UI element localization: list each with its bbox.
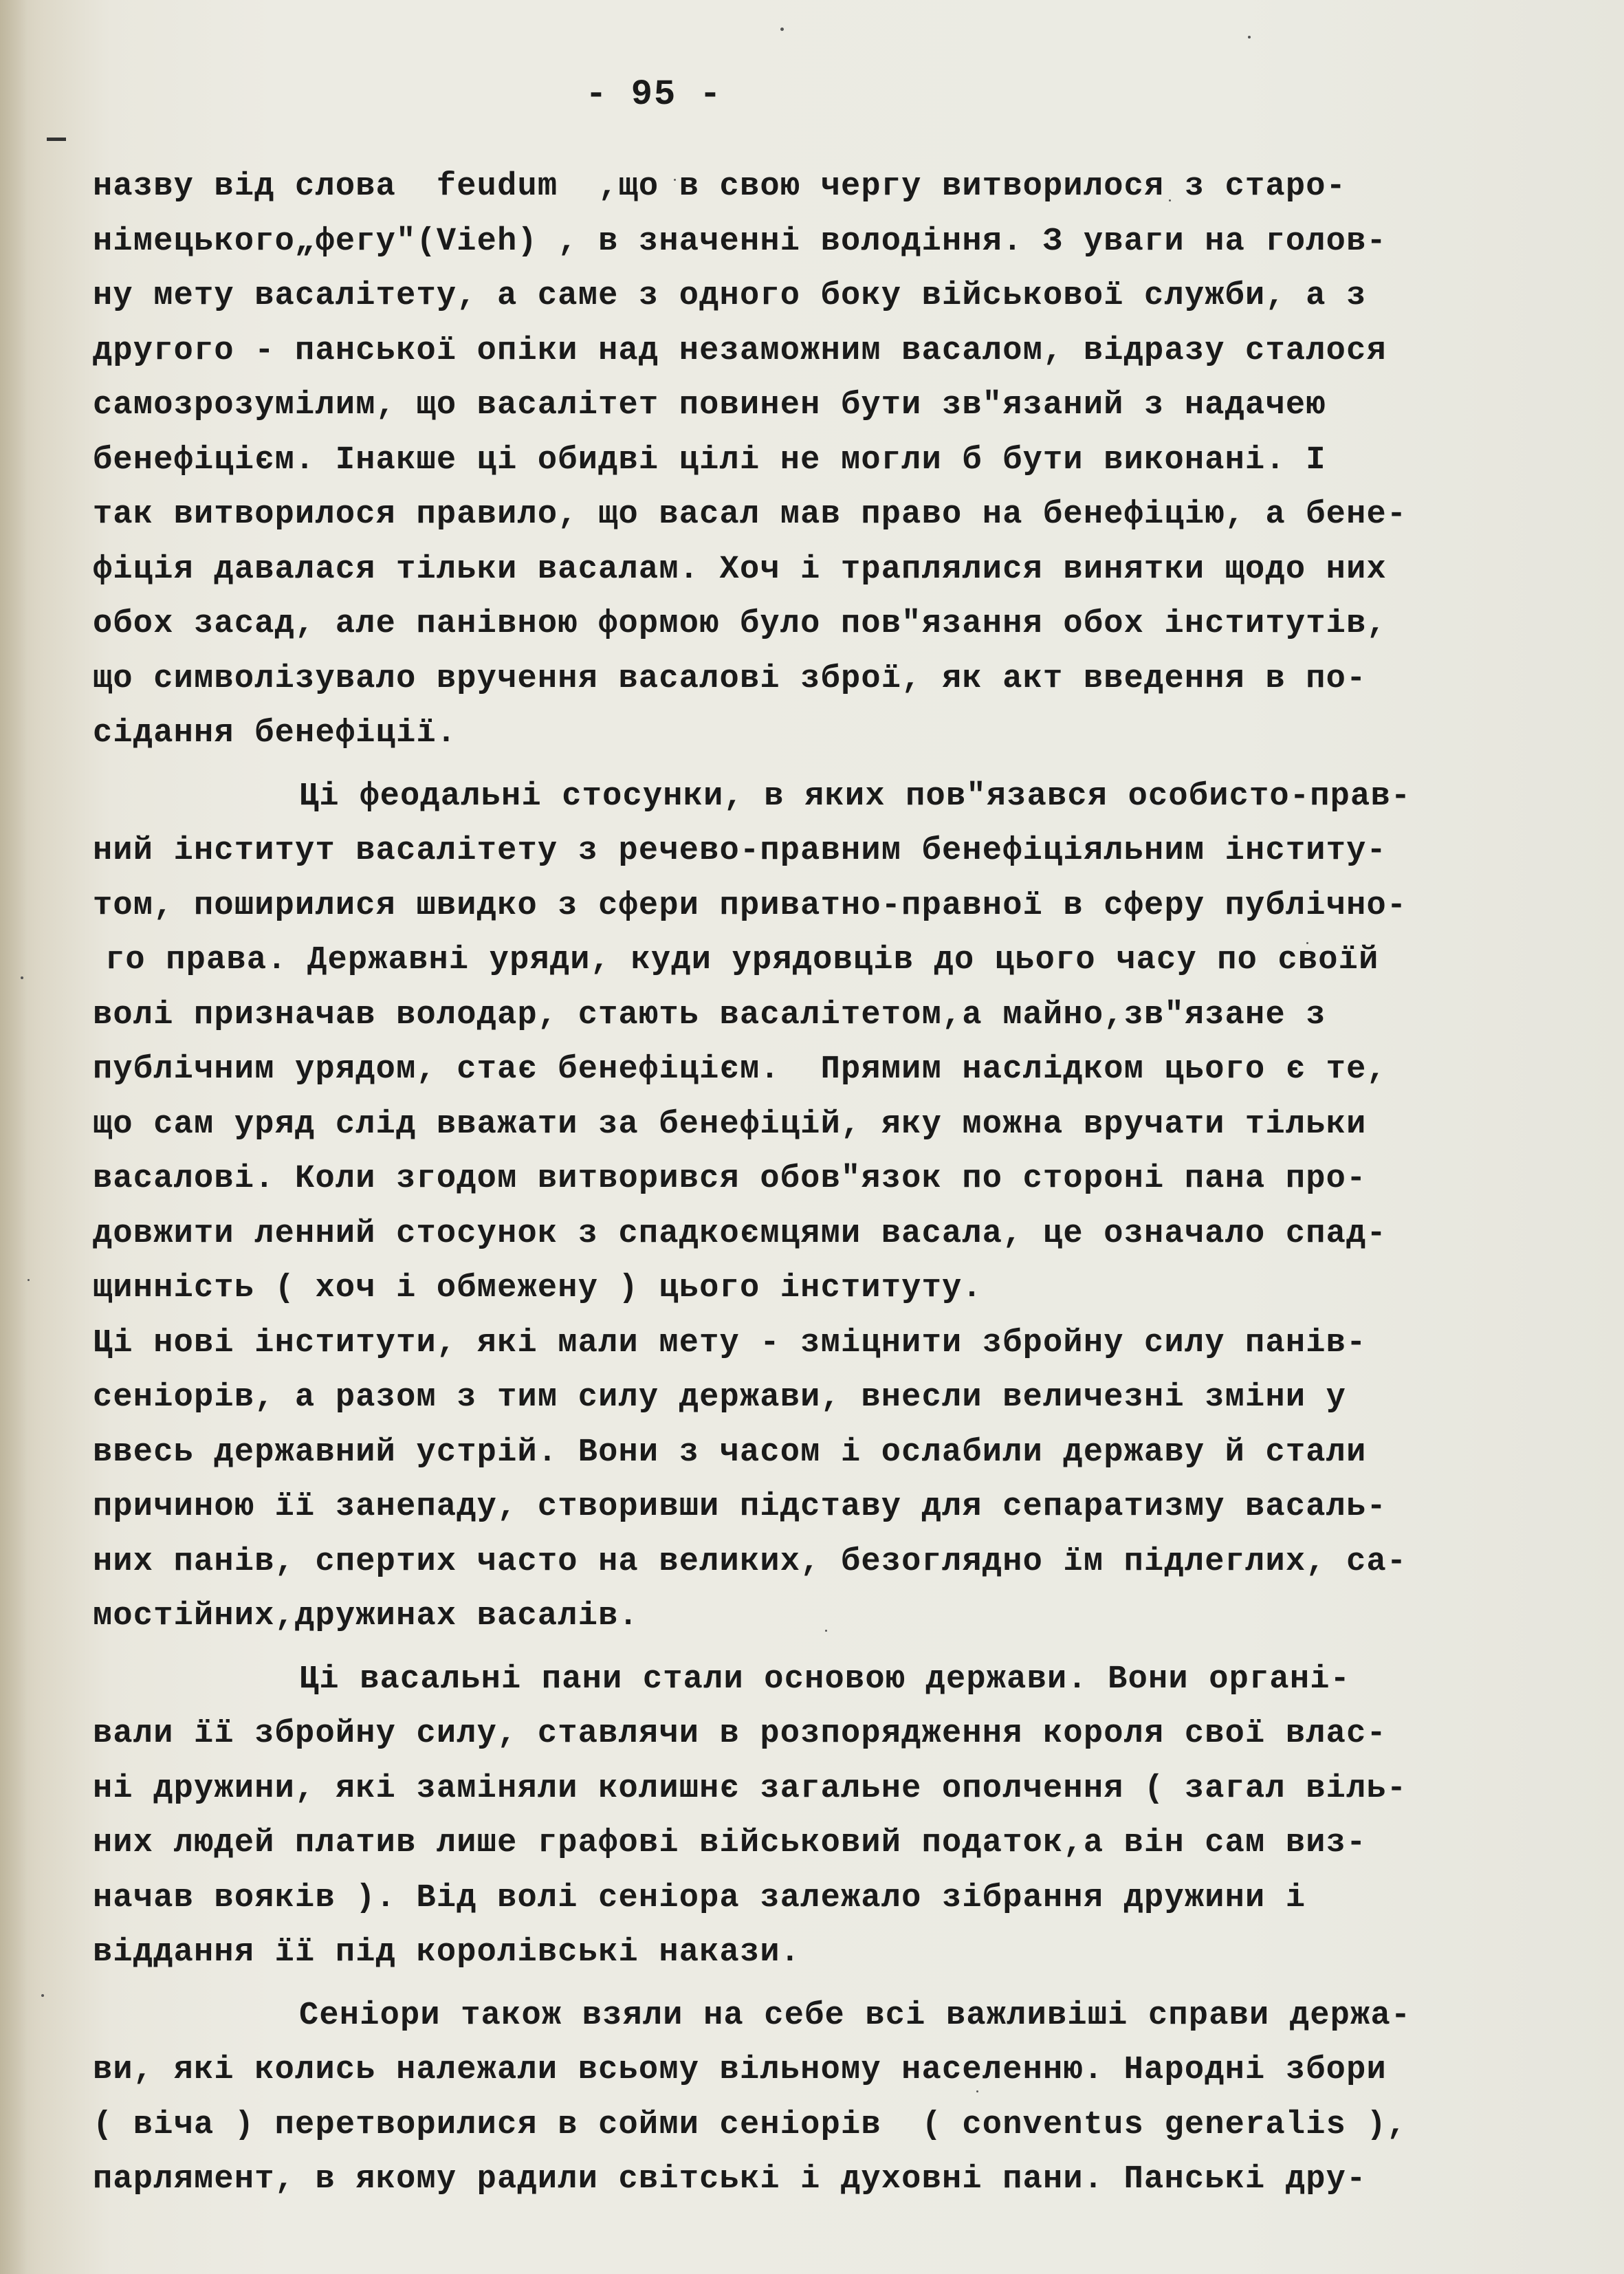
text-line: другого - панської опіки над незаможним … <box>93 324 1578 379</box>
text-line: Ці васальні пани стали основою держави. … <box>93 1652 1578 1707</box>
text-line: ( віча ) перетворилися в сойми сеніорів … <box>93 2098 1578 2153</box>
text-line: них панів, спертих часто на великих, без… <box>93 1535 1578 1590</box>
document-body: назву від слова feudum ,що в свою чергу … <box>93 160 1578 2207</box>
text-line: ви, які колись належали всьому вільному … <box>93 2043 1578 2098</box>
text-line: ну мету васалітету, а саме з одного боку… <box>93 269 1578 324</box>
text-line: довжити ленний стосунок з спадкоємцями в… <box>93 1207 1578 1262</box>
text-line: обох засад, але панівною формою було пов… <box>93 597 1578 652</box>
text-line: так витворилося правило, що васал мав пр… <box>93 488 1578 543</box>
text-line: сідання бенефіції. <box>93 706 1578 761</box>
text-line: Ці феодальні стосунки, в яких пов"язався… <box>93 769 1578 824</box>
text-line: щинність ( хоч і обмежену ) цього інстит… <box>93 1261 1578 1316</box>
text-line: васалові. Коли згодом витворився обов"яз… <box>93 1152 1578 1207</box>
paper-speck <box>21 976 23 979</box>
text-line: волі призначав володар, стають васалітет… <box>93 988 1578 1043</box>
text-line: ні дружини, які заміняли колишнє загальн… <box>93 1762 1578 1817</box>
text-line: сеніорів, а разом з тим силу держави, вн… <box>93 1370 1578 1425</box>
paper-speck <box>780 28 784 31</box>
text-line: мостійних,дружинах васалів. <box>93 1589 1578 1644</box>
text-line: ввесь державний устрій. Вони з часом і о… <box>93 1425 1578 1480</box>
paper-speck <box>41 1994 44 1997</box>
text-line: том, поширилися швидко з сфери приватно-… <box>93 879 1578 934</box>
text-line: самозрозумілим, що васалітет повинен бут… <box>93 378 1578 433</box>
page-edge-shadow <box>0 0 28 2274</box>
text-line: начав вояків ). Від волі сеніора залежал… <box>93 1871 1578 1926</box>
text-line: Сеніори також взяли на себе всі важливіш… <box>93 1989 1578 2044</box>
paper-speck <box>1306 942 1308 944</box>
text-line: них людей платив лише графові військовий… <box>93 1816 1578 1871</box>
text-line: ний інститут васалітету з речево-правним… <box>93 824 1578 879</box>
paper-speck <box>1248 36 1251 39</box>
text-line: бенефіцієм. Інакше ці обидві цілі не мог… <box>93 433 1578 488</box>
text-line: німецького„фегу"(Vieh) , в значенні воло… <box>93 215 1578 270</box>
text-line: вали її збройну силу, ставлячи в розпоря… <box>93 1707 1578 1762</box>
text-line: причиною її занепаду, створивши підставу… <box>93 1480 1578 1535</box>
page-number: - 95 - <box>0 74 1466 115</box>
text-line: парлямент, в якому радили світські і дух… <box>93 2152 1578 2207</box>
paper-speck <box>976 2090 978 2092</box>
text-line: що символізувало вручення васалові зброї… <box>93 652 1578 707</box>
text-line: Ці нові інститути, які мали мету - зміцн… <box>93 1316 1578 1371</box>
paper-speck <box>1169 199 1171 201</box>
text-line: назву від слова feudum ,що в свою чергу … <box>93 160 1578 215</box>
text-line: що сам уряд слід вважати за бенефіцій, я… <box>93 1097 1578 1152</box>
text-line: го права. Державні уряди, куди урядовців… <box>93 933 1578 988</box>
margin-mark <box>47 138 66 141</box>
paper-speck <box>28 1279 30 1281</box>
text-line: публічним урядом, стає бенефіцієм. Прями… <box>93 1042 1578 1097</box>
paper-speck <box>674 179 676 181</box>
text-line: фіція давалася тільки васалам. Хоч і тра… <box>93 543 1578 598</box>
paper-speck <box>825 1630 827 1632</box>
text-line: віддання її під королівські накази. <box>93 1925 1578 1980</box>
